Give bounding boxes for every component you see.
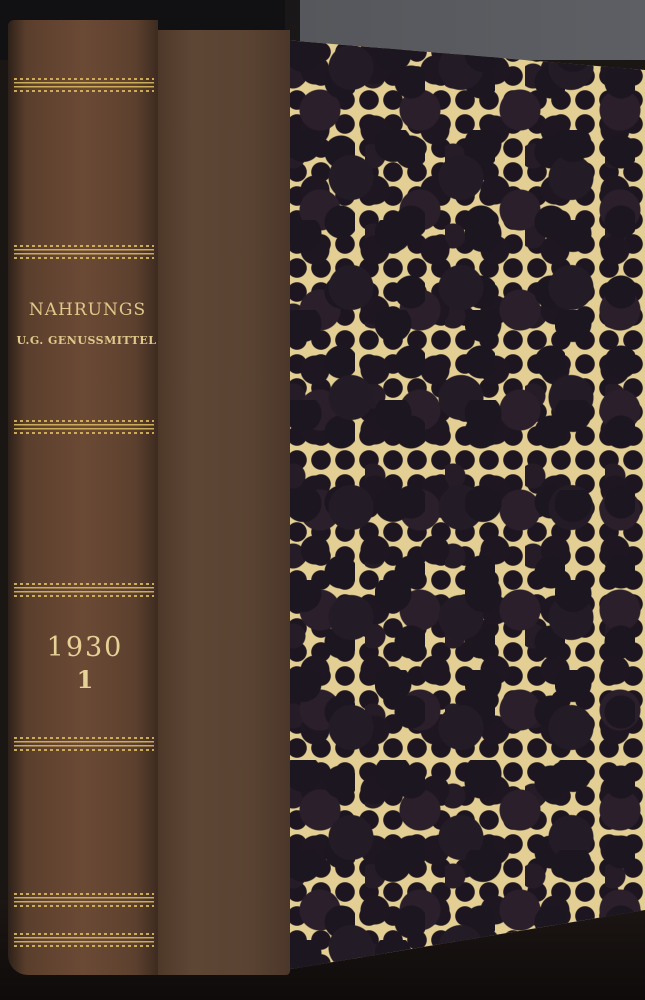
leather-hinge (150, 30, 290, 975)
spine-subtitle: U.G. GENUSSMITTEL (14, 334, 159, 347)
gilt-band (14, 420, 154, 434)
book: NAHRUNGS U.G. GENUSSMITTEL 1930 1 (0, 0, 645, 1000)
gilt-band (14, 933, 154, 947)
gilt-band (14, 583, 154, 597)
gilt-band (14, 737, 154, 751)
spine-volume: 1 (20, 665, 150, 694)
spine-year: 1930 (20, 632, 150, 663)
gilt-band (14, 78, 154, 92)
spine-title: NAHRUNGS (20, 300, 155, 320)
marbled-cover (285, 40, 645, 970)
gilt-band (14, 893, 154, 907)
book-spine (8, 20, 158, 975)
gilt-band (14, 245, 154, 259)
